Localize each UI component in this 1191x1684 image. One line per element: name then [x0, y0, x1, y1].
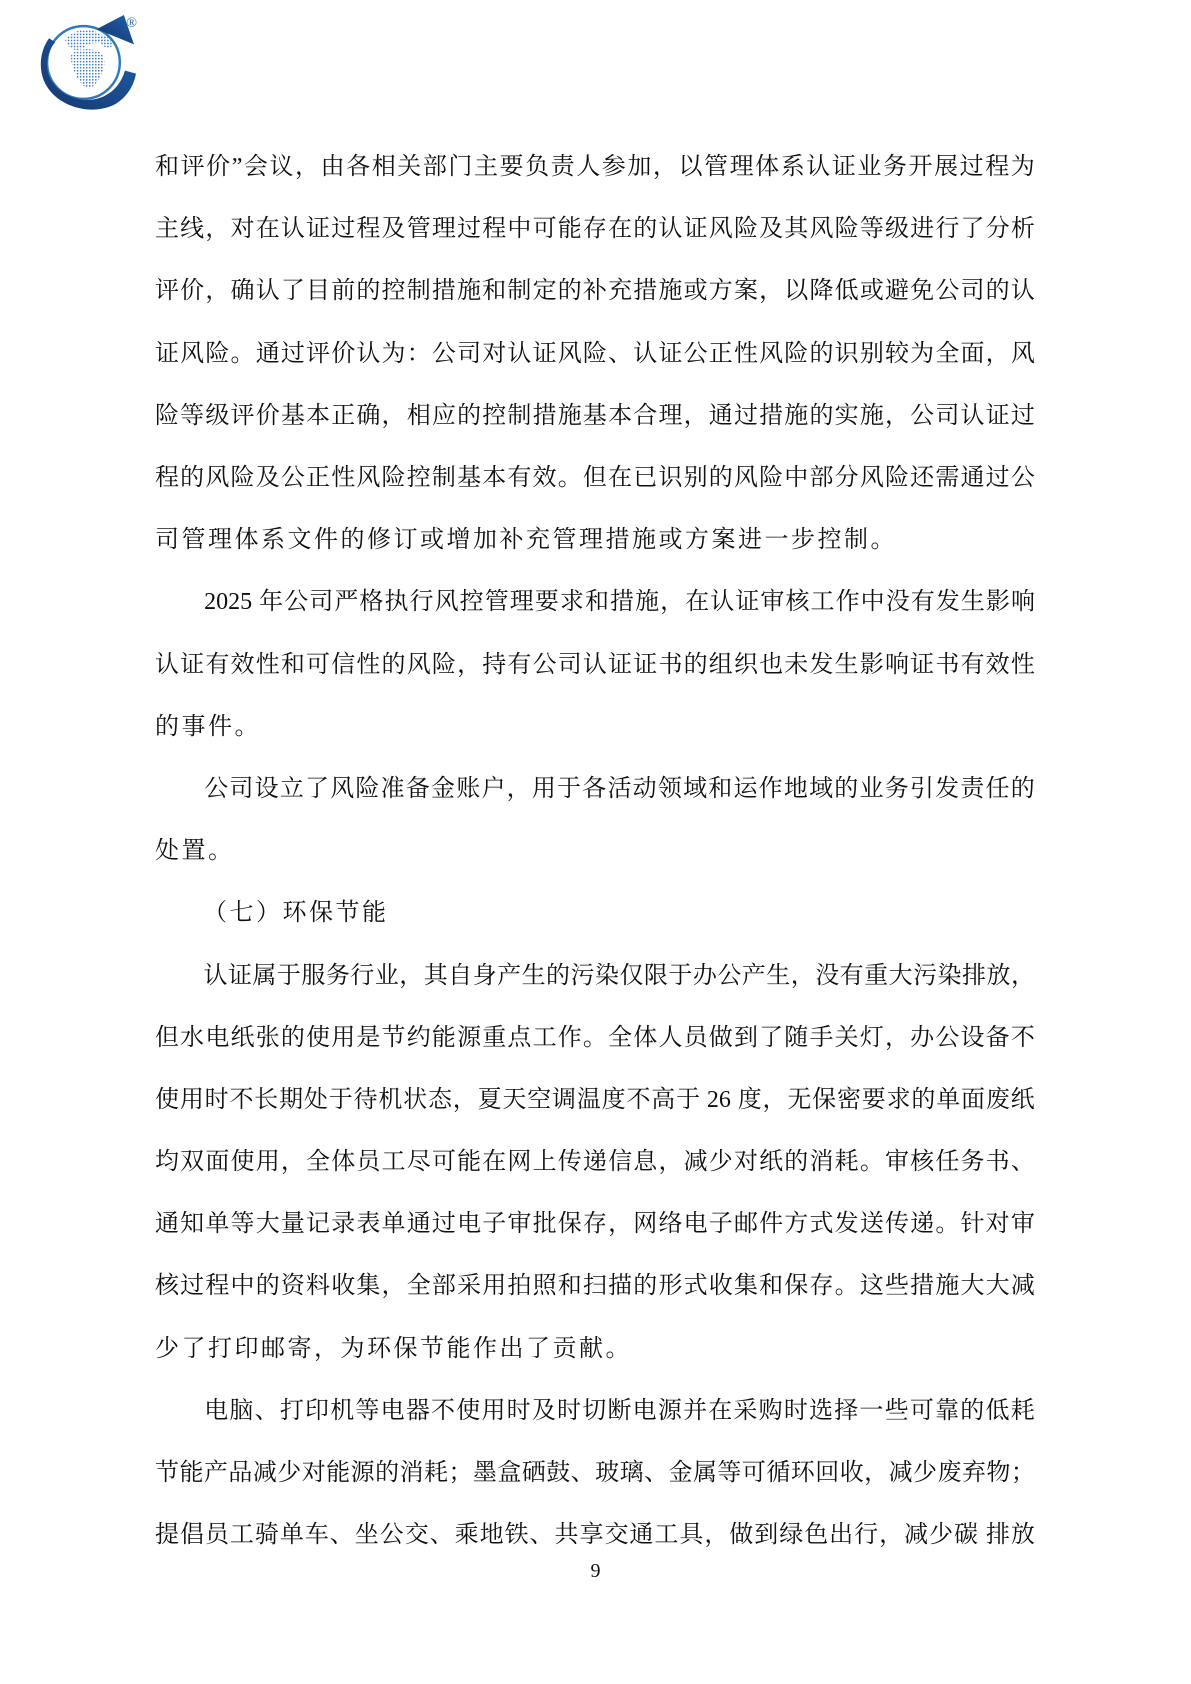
text-line: 但水电纸张的使用是节约能源重点工作。全体人员做到了随手关灯，办公设备不: [155, 1007, 1035, 1069]
text-line: 评价，确认了目前的控制措施和制定的补充措施或方案，以降低或避免公司的认: [155, 260, 1035, 322]
document-page: ® 和评价”会议，由各相关部门主要负责人参加，以管理体系认证业务开展过程为主线，…: [0, 0, 1191, 1684]
globe-icon: [47, 26, 120, 99]
text-line: 司管理体系文件的修订或增加补充管理措施或方案进一步控制。: [155, 509, 1035, 571]
text-line: 程的风险及公正性风险控制基本有效。但在已识别的风险中部分风险还需通过公: [155, 447, 1035, 509]
document-body: 和评价”会议，由各相关部门主要负责人参加，以管理体系认证业务开展过程为主线，对在…: [155, 136, 1035, 1566]
text-line: 通知单等大量记录表单通过电子审批保存，网络电子邮件方式发送传递。针对审: [155, 1193, 1035, 1255]
text-line: 和评价”会议，由各相关部门主要负责人参加，以管理体系认证业务开展过程为: [155, 136, 1035, 198]
page-number: 9: [591, 1560, 601, 1582]
text-line: 证风险。通过评价认为：公司对认证风险、认证公正性风险的识别较为全面，风: [155, 323, 1035, 385]
text-line: 主线，对在认证过程及管理过程中可能存在的认证风险及其风险等级进行了分析: [155, 198, 1035, 260]
page-footer: 9: [0, 1560, 1191, 1583]
text-line: 公司设立了风险准备金账户，用于各活动领域和运作地域的业务引发责任的: [155, 758, 1035, 820]
text-line: 提倡员工骑单车、坐公交、乘地铁、共享交通工具，做到绿色出行，减少碳 排放: [155, 1504, 1035, 1566]
company-logo: ®: [37, 12, 138, 113]
text-line: 认证属于服务行业，其自身产生的污染仅限于办公产生，没有重大污染排放，: [155, 944, 1035, 1006]
text-line: 使用时不长期处于待机状态，夏天空调温度不高于 26 度，无保密要求的单面废纸: [155, 1069, 1035, 1131]
text-line: 电脑、打印机等电器不使用时及时切断电源并在采购时选择一些可靠的低耗: [155, 1380, 1035, 1442]
text-line: 核过程中的资料收集，全部采用拍照和扫描的形式收集和保存。这些措施大大减: [155, 1255, 1035, 1317]
text-line: 认证有效性和可信性的风险，持有公司认证证书的组织也未发生影响证书有效性: [155, 634, 1035, 696]
text-line: 险等级评价基本正确，相应的控制措施基本合理，通过措施的实施，公司认证过: [155, 385, 1035, 447]
text-line: 2025 年公司严格执行风控管理要求和措施，在认证审核工作中没有发生影响: [155, 571, 1035, 633]
text-line: （七）环保节能: [155, 882, 1035, 944]
registered-mark: ®: [126, 15, 137, 31]
text-line: 节能产品减少对能源的消耗；墨盒硒鼓、玻璃、金属等可循环回收，减少废弃物；: [155, 1442, 1035, 1504]
text-line: 少了打印邮寄，为环保节能作出了贡献。: [155, 1318, 1035, 1380]
globe-arrow-logo: ®: [37, 12, 138, 113]
text-line: 的事件。: [155, 696, 1035, 758]
text-line: 均双面使用，全体员工尽可能在网上传递信息，减少对纸的消耗。审核任务书、: [155, 1131, 1035, 1193]
text-line: 处置。: [155, 820, 1035, 882]
